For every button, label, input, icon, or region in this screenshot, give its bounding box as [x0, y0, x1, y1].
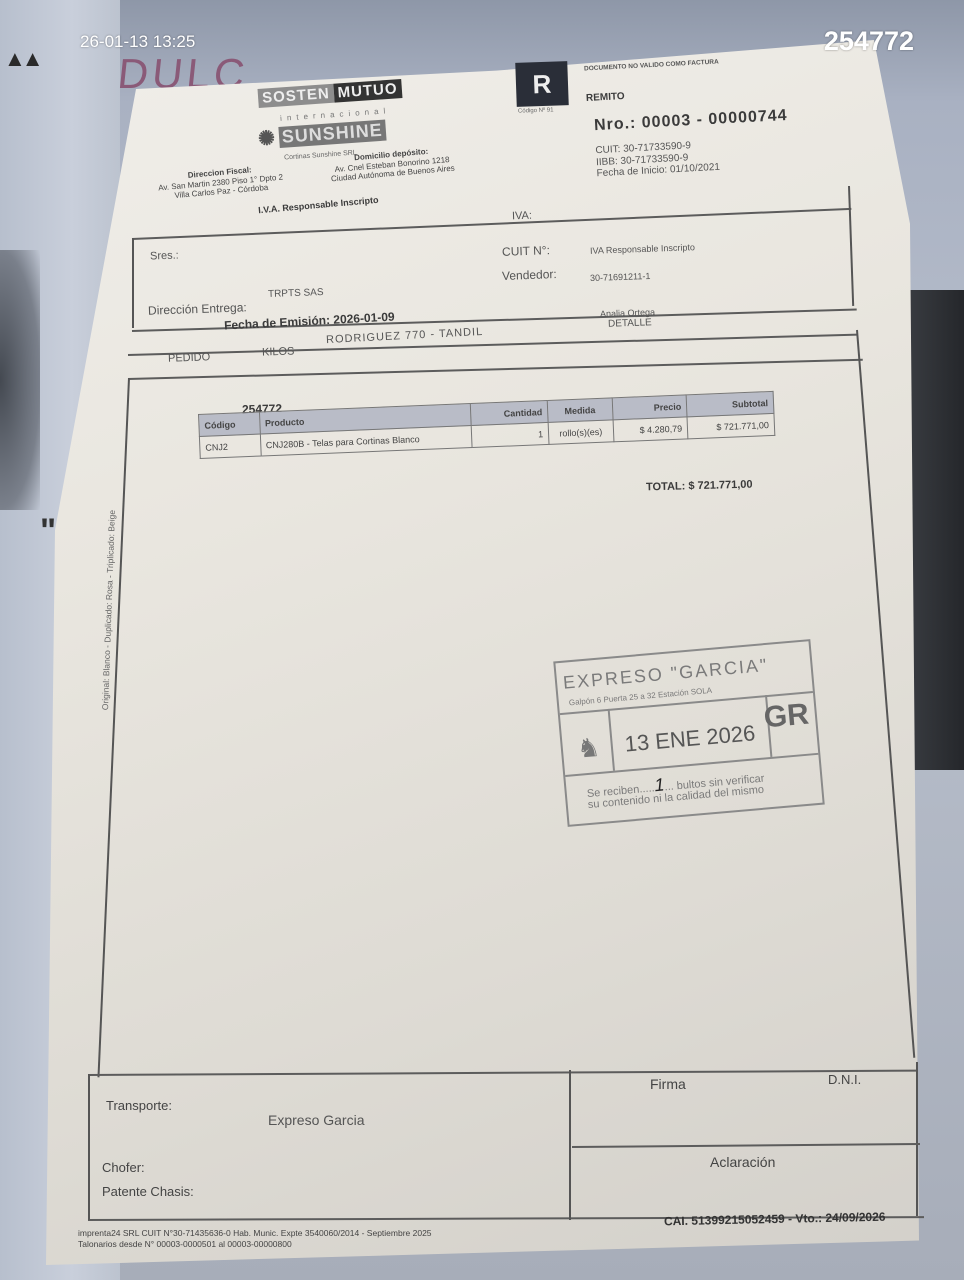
cell-subtotal: $ 721.771,00: [687, 413, 775, 438]
frame-line: [572, 1143, 920, 1148]
pedido-label: PEDIDO: [168, 351, 211, 364]
printer-info-line1: imprenta24 SRL CUIT N°30-71435636-0 Hab.…: [78, 1228, 432, 1239]
client-cuit-value: 30-71691211-1: [590, 271, 651, 283]
printer-info: imprenta24 SRL CUIT N°30-71435636-0 Hab.…: [78, 1228, 432, 1249]
aclaracion-label: Aclaración: [710, 1154, 775, 1170]
kilos-label: KILOS: [262, 345, 295, 358]
frame-line: [916, 1062, 918, 1216]
frame-line: [132, 238, 134, 328]
frame-line: [128, 359, 863, 380]
chofer-label: Chofer:: [102, 1160, 145, 1175]
vendedor-label: Vendedor:: [502, 267, 557, 283]
frame-line: [88, 1070, 916, 1076]
cuit-label: CUIT N°:: [502, 243, 550, 259]
frame-line: [848, 186, 854, 306]
document-type: REMITO: [586, 91, 625, 104]
items-table: Código Producto Cantidad Medida Precio S…: [198, 391, 775, 459]
frame-line: [856, 330, 915, 1058]
remito-document: SOSTEN MUTUO internacional ✺ SUNSHINE Co…: [0, 0, 964, 1280]
dni-label: D.N.I.: [828, 1072, 861, 1087]
stamp-title: EXPRESO "GARCIA": [562, 655, 769, 694]
document-letter-box: R: [515, 61, 569, 107]
sres-label: Sres.:: [150, 250, 179, 263]
direccion-label: Dirección Entrega:: [148, 300, 247, 317]
brand-part2: MUTUO: [333, 79, 402, 103]
firma-label: Firma: [650, 1076, 686, 1092]
printer-info-line2: Talonarios desde N° 00003-0000501 al 000…: [78, 1239, 432, 1250]
not-valid-notice: DOCUMENTO NO VALIDO COMO FACTURA: [584, 58, 719, 72]
frame-line: [569, 1070, 571, 1220]
order-total: TOTAL: $ 721.771,00: [646, 479, 753, 494]
issue-date: Fecha de Emisión: 2026-01-09: [224, 310, 395, 333]
transporte-value: Expreso Garcia: [268, 1112, 364, 1128]
client-iva-value: IVA Responsable Inscripto: [590, 242, 695, 256]
cell-codigo: CNJ2: [199, 434, 260, 458]
issuer-iva-condition: I.V.A. Responsable Inscripto: [258, 195, 379, 215]
sunshine-logo: ✺ SUNSHINE: [257, 118, 386, 152]
photo-timestamp: 26-01-13 13:25: [80, 32, 195, 52]
detalle-label: DETALLE: [608, 317, 652, 330]
col-precio: Precio: [612, 395, 687, 420]
brand-logo: SOSTEN MUTUO: [258, 79, 403, 108]
photo-reference-id: 254772: [824, 26, 914, 57]
client-name: TRPTS SAS: [268, 287, 324, 300]
fiscal-address: Direccion Fiscal: Av. San Martin 2380 Pi…: [157, 163, 284, 203]
cai-code: CAI. 51399215052459 - Vto.: 24/09/2026: [664, 1210, 886, 1229]
sun-icon: ✺: [257, 125, 275, 151]
col-medida: Medida: [547, 398, 612, 423]
cell-medida: rollo(s)(es): [548, 420, 613, 445]
transporte-label: Transporte:: [106, 1098, 172, 1113]
cell-cantidad: 1: [472, 422, 549, 447]
stamp-initials: GR: [763, 698, 811, 736]
col-cantidad: Cantidad: [471, 400, 548, 425]
document-code: Código Nº 91: [518, 107, 554, 114]
iva-label: IVA:: [512, 210, 532, 223]
issuer-tax-info: CUIT: 30-71733590-9 IIBB: 30-71733590-9 …: [595, 139, 720, 180]
frame-line: [88, 1074, 90, 1220]
document-number: Nro.: 00003 - 00000744: [594, 107, 788, 135]
cell-precio: $ 4.280,79: [613, 417, 688, 442]
delivery-address: RODRIGUEZ 770 - TANDIL: [326, 326, 484, 346]
stamp-date: 13 ENE 2026: [624, 720, 757, 757]
brand-part1: SOSTEN: [258, 84, 335, 108]
frame-line: [128, 334, 858, 356]
reception-stamp: EXPRESO "GARCIA" Galpón 6 Puerta 25 a 32…: [553, 639, 824, 827]
brand-name: SUNSHINE: [278, 120, 386, 148]
stamp-emblem-icon: ♞: [576, 732, 602, 765]
frame-line: [97, 378, 130, 1077]
patente-label: Patente Chasis:: [102, 1184, 194, 1199]
col-codigo: Código: [199, 412, 260, 436]
frame-line: [132, 208, 851, 240]
